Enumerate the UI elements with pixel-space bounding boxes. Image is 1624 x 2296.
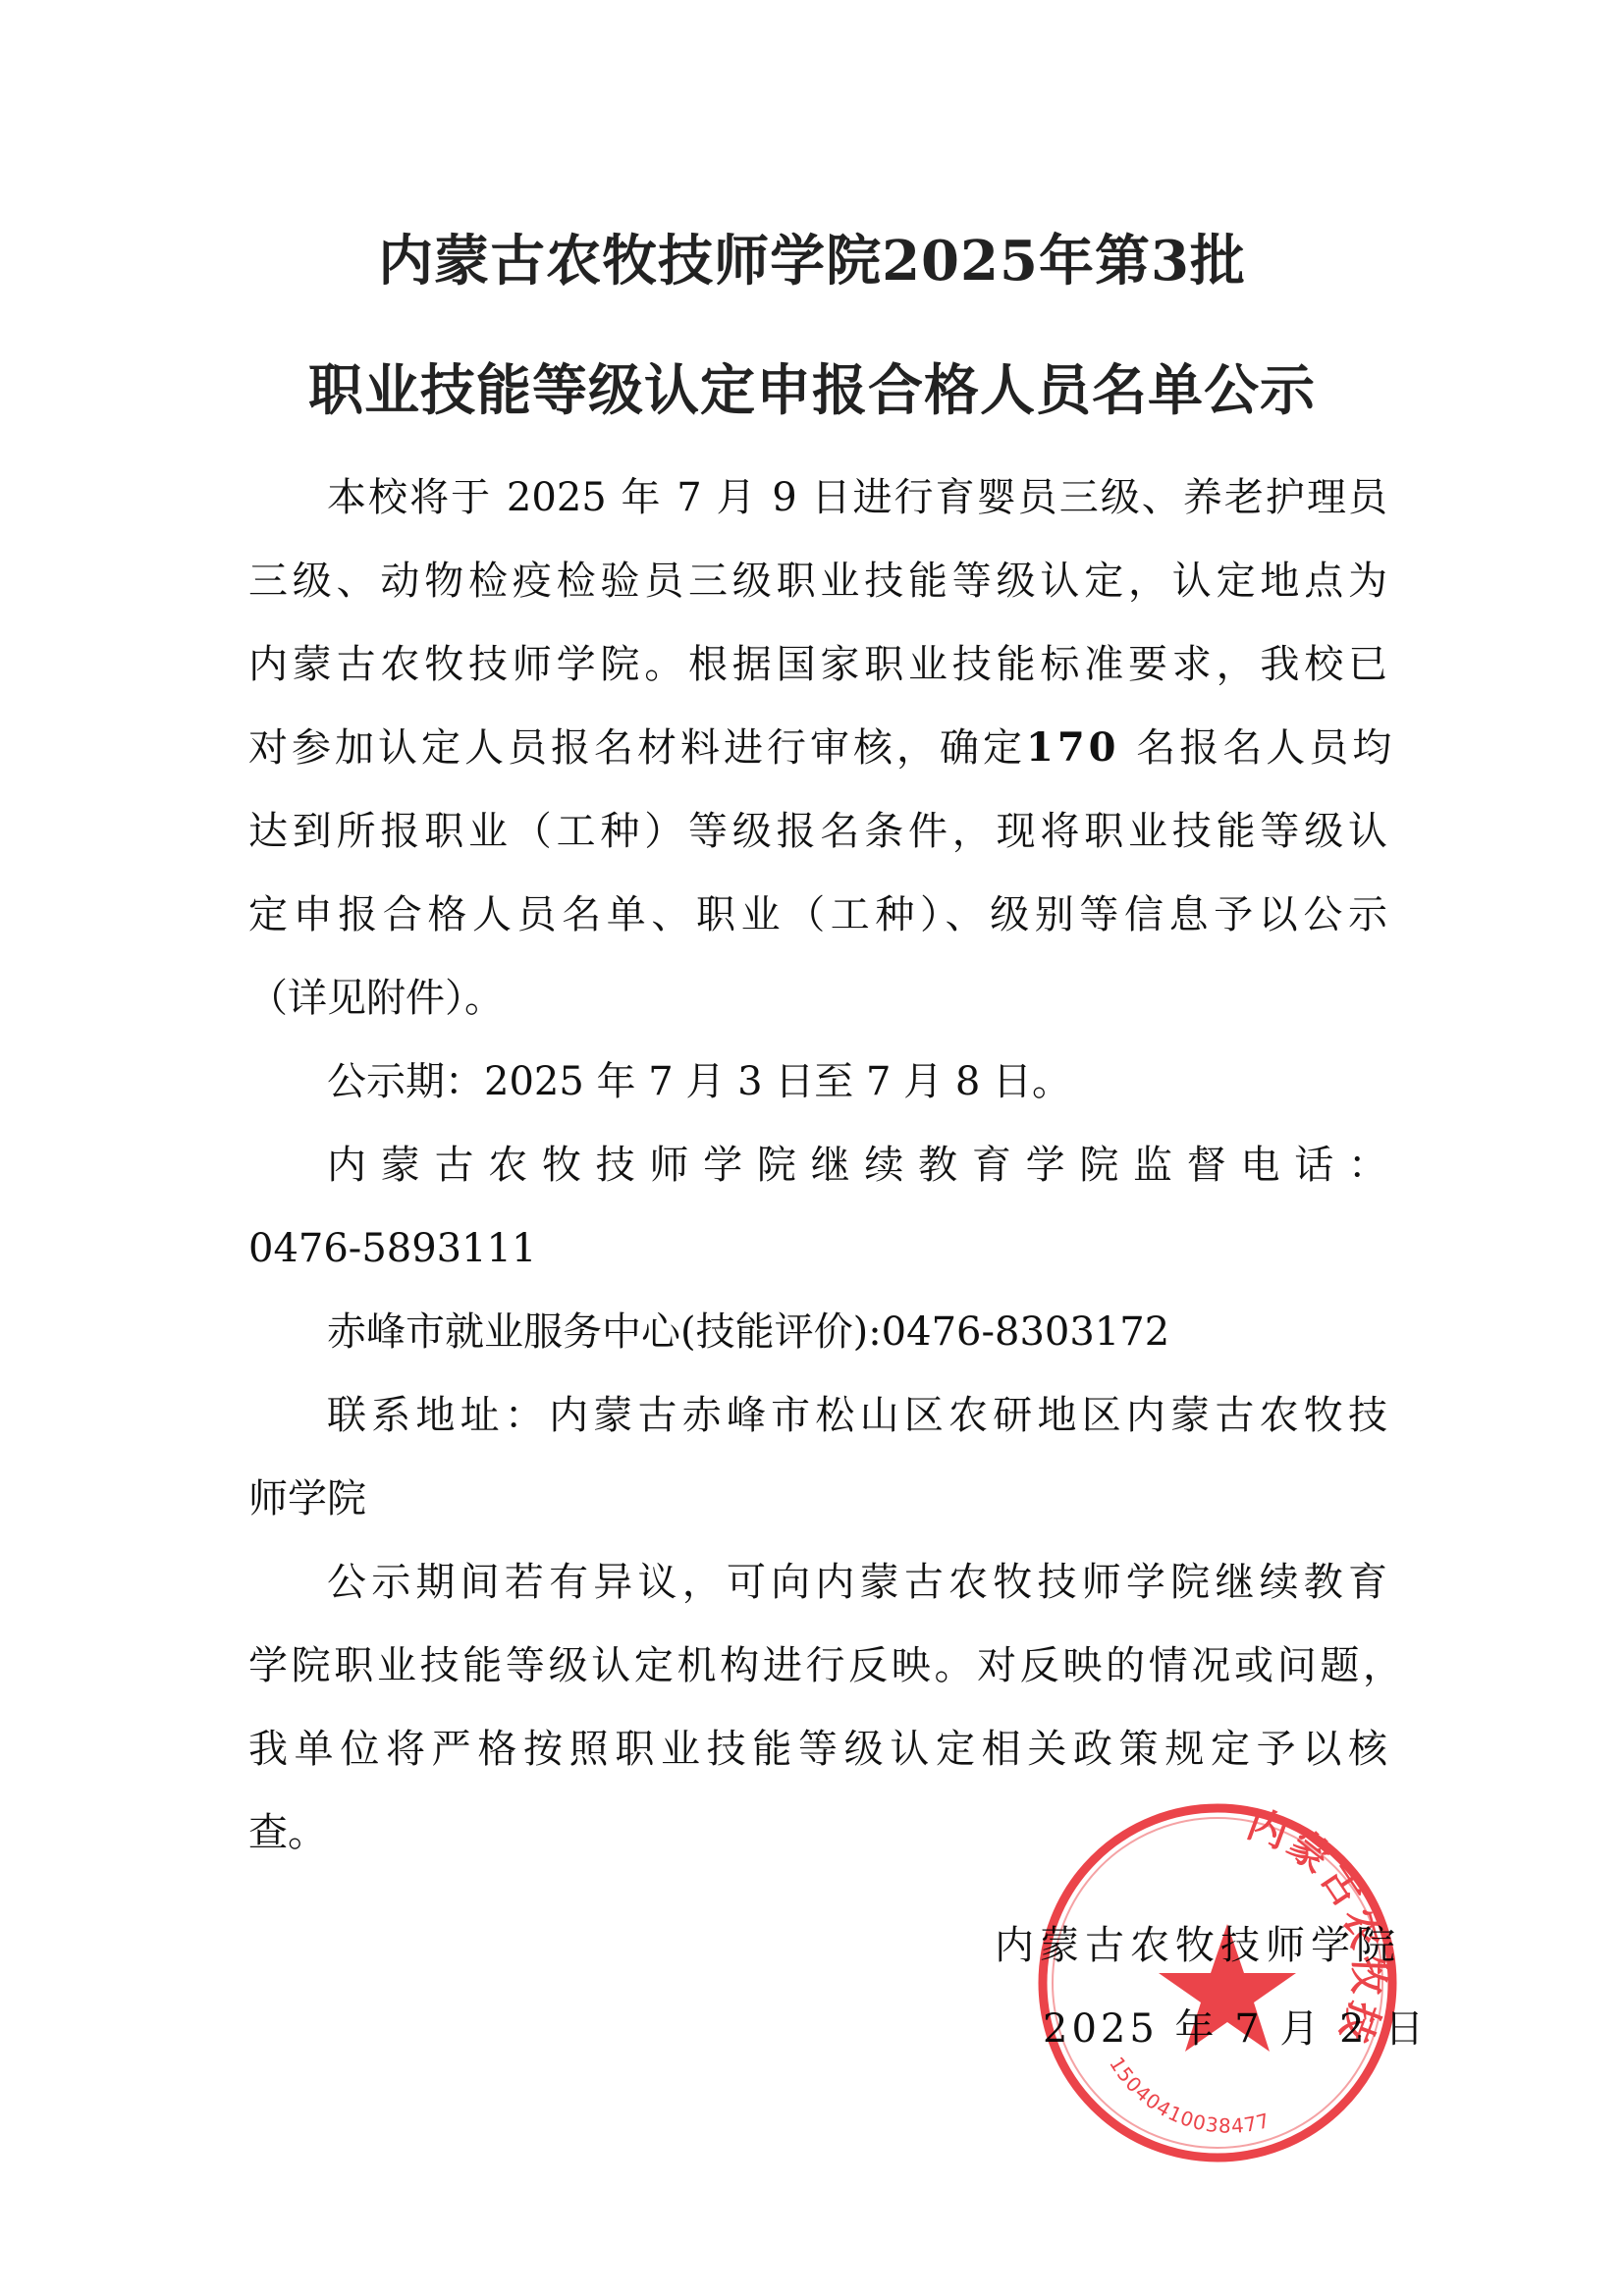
contact-address-line-1: 联系地址：内蒙古赤峰市松山区农研地区内蒙古农牧技 [327, 1396, 1387, 1435]
body-paragraph-1-line-3: 内蒙古农牧技师学院。根据国家职业技能标准要求，我校已 [248, 645, 1387, 684]
body-paragraph-1-line-4: 对参加认定人员报名材料进行审核，确定170 名报名人员均 [248, 728, 1387, 768]
body-paragraph-1-line-7: （详见附件）。 [248, 979, 1387, 1018]
body-paragraph-1-line-5: 达到所报职业（工种）等级报名条件，现将职业技能等级认 [248, 812, 1387, 851]
contact-address-line-2: 师学院 [248, 1479, 1387, 1519]
page-title-line-1: 内蒙古农牧技师学院2025年第3批 [0, 234, 1624, 289]
announcement-period: 公示期：2025 年 7 月 3 日至 7 月 8 日。 [327, 1062, 1466, 1101]
body-paragraph-1-line-2: 三级、动物检疫检验员三级职业技能等级认定，认定地点为 [248, 561, 1387, 601]
seal-code: 15040410038477 [1105, 2053, 1272, 2138]
body-text: 对参加认定人员报名材料进行审核，确定 [248, 725, 1026, 771]
svg-text:15040410038477: 15040410038477 [1105, 2053, 1272, 2138]
body-text: 名报名人员均 [1120, 725, 1396, 771]
objection-line-3: 我单位将严格按照职业技能等级认定相关政策规定予以核 [248, 1730, 1387, 1769]
supervision-phone: 0476-5893111 [248, 1229, 1387, 1268]
document-page: 内蒙古农牧技师学院2025年第3批 职业技能等级认定申报合格人员名单公示 本校将… [0, 0, 1624, 2296]
qualified-count: 170 [1026, 724, 1120, 771]
objection-line-1: 公示期间若有异议，可向内蒙古农牧技师学院继续教育 [327, 1563, 1387, 1602]
body-paragraph-1-line-1: 本校将于 2025 年 7 月 9 日进行育婴员三级、养老护理员 [327, 478, 1387, 517]
objection-line-2: 学院职业技能等级认定机构进行反映。对反映的情况或问题， [248, 1646, 1402, 1685]
employment-center-phone: 赤峰市就业服务中心(技能评价):0476-8303172 [327, 1312, 1466, 1352]
body-paragraph-1-line-6: 定申报合格人员名单、职业（工种）、级别等信息予以公示 [248, 895, 1387, 934]
official-seal-icon: 内蒙古农牧技师学院 15040410038477 [1031, 1796, 1404, 2169]
supervision-phone-label: 内蒙古农牧技师学院继续教育学院监督电话： [327, 1146, 1387, 1185]
page-title-line-2: 职业技能等级认定申报合格人员名单公示 [0, 363, 1624, 418]
